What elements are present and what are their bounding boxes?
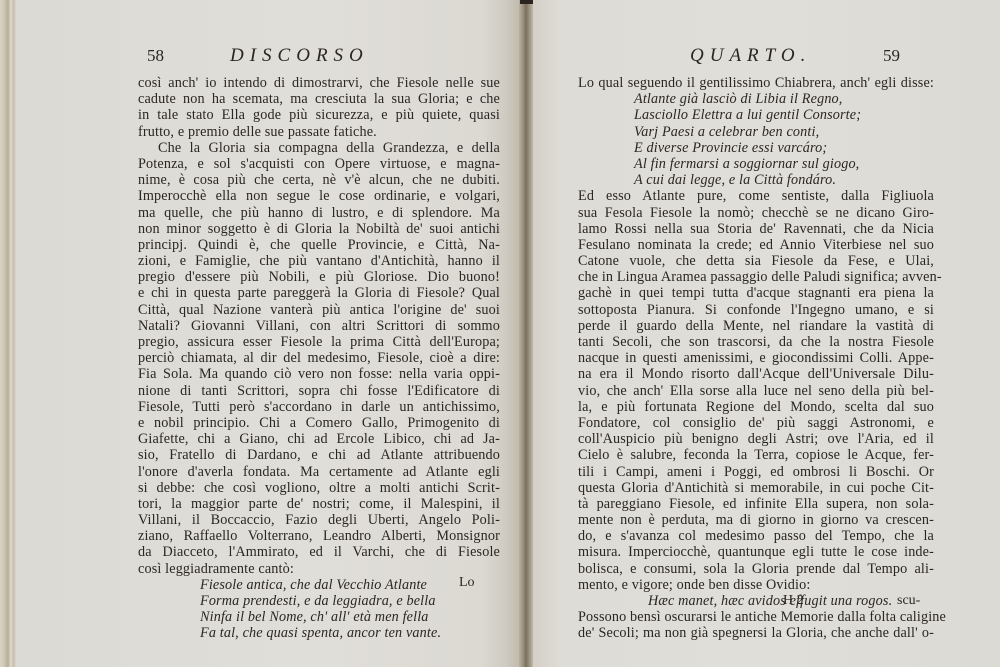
text-line: tori, la maggior parte de' nostri; come,… xyxy=(138,496,500,512)
text-line: sua Fesola Fiesole la nomò; checchè se n… xyxy=(578,205,934,221)
text-line: così leggiadramente cantò: xyxy=(138,561,500,577)
text-line: Possono bensì oscurarsi le antiche Memor… xyxy=(578,609,934,625)
text-line: ma quelle, che più hanno di lustro, e di… xyxy=(138,205,500,221)
verse-line: Lasciollo Elettra a lui gentil Consorte; xyxy=(578,107,934,123)
text-line: coll'Auspicio più benigno degli Astri; o… xyxy=(578,431,934,447)
text-line: Fesulano nominata la crede; ed Annio Vit… xyxy=(578,237,934,253)
text-line: si debbe: che così vogliono, oltre a mol… xyxy=(138,480,500,496)
text-line: Fondatore, col consiglio de' più saggi A… xyxy=(578,415,934,431)
text-line: Imperocchè ella non segue le cose ordina… xyxy=(138,188,500,204)
text-line: zioni, e Famiglie, che più vantano d'Ant… xyxy=(138,253,500,269)
text-line: nime, è cosa più che certa, nè v'è alcun… xyxy=(138,172,500,188)
text-line: tanti Secoli, che son trascorsi, da che … xyxy=(578,334,934,350)
text-line: mento, e vigore; onde ben disse Ovidio: xyxy=(578,577,934,593)
text-line: Cielo è salubre, feconda la Terra, copio… xyxy=(578,447,934,463)
text-line: de' Secoli; ma non già spegnersi la Glor… xyxy=(578,625,934,641)
left-running-head: DISCORSO xyxy=(230,45,369,67)
text-line: e nobil principio. Chi a Comero Gallo, P… xyxy=(138,415,500,431)
text-line: frutto, e premio delle sue passate fatic… xyxy=(138,124,500,140)
right-catchword: scu- xyxy=(897,593,920,609)
text-line: tili i Campi, ameni i Poggi, ed ombrosi … xyxy=(578,464,934,480)
verse-line: Fiesole antica, che dal Vecchio Atlante xyxy=(138,577,500,593)
text-line: Natali? Giovanni Villani, con altri Scri… xyxy=(138,318,500,334)
right-page-number: 59 xyxy=(883,46,900,66)
text-line: Villani, il Boccaccio, Fazio degli Ubert… xyxy=(138,512,500,528)
book-gutter xyxy=(519,0,533,667)
verse-line: Al fin fermarsi a soggiornar sul giogo, xyxy=(578,156,934,172)
text-line: misura. Imperciocchè, quantunque egli tu… xyxy=(578,544,934,560)
text-line: Catone vuole, che detta sia Fiesole da F… xyxy=(578,253,934,269)
text-line: Giafette, chi a Giano, chi ad Ercole Lib… xyxy=(138,431,500,447)
text-line: Città, qual Nazione vanterà più antica l… xyxy=(138,302,500,318)
text-line: così anch' io intendo di dimostrarvi, ch… xyxy=(138,75,500,91)
text-line: Fia Sola. Ma quando ciò vero non fosse: … xyxy=(138,366,500,382)
text-line: l'onore d'averla fondata. Ma certamente … xyxy=(138,464,500,480)
text-line: e chi in questa parte pareggerà la Glori… xyxy=(138,285,500,301)
text-line: nacque in questi amenissimi, e giocondis… xyxy=(578,350,934,366)
text-line: ziano, Raffaello Volterrano, Leandro Alb… xyxy=(138,528,500,544)
text-line: lamo Rossi nella sua Storia de' Ravennat… xyxy=(578,221,934,237)
text-line: principj. Quindi è, che quelle Provincie… xyxy=(138,237,500,253)
signature-mark: H 2 xyxy=(783,593,804,609)
text-line: nione di tanti Scrittori, sopra chi foss… xyxy=(138,383,500,399)
verse-line: Ninfa il bel Nome, ch' all' età men fell… xyxy=(138,609,500,625)
text-line: Lo qual seguendo il gentilissimo Chiabre… xyxy=(578,75,934,91)
text-line: tà pareggiano Fiesole, ed infinite Ella … xyxy=(578,496,934,512)
verse-line: Atlante già lasciò di Libia il Regno, xyxy=(578,91,934,107)
text-line: na era il Mondo risorto dall'Acque dell'… xyxy=(578,366,934,382)
book-spread: 58 DISCORSO così anch' io intendo di dim… xyxy=(0,0,1000,667)
text-line: Che la Gloria sia compagna della Grandez… xyxy=(138,140,500,156)
verse-line: Forma prendesti, e da leggiadra, e bella xyxy=(138,593,500,609)
text-line: Ed esso Atlante pure, come sentiste, dal… xyxy=(578,188,934,204)
left-page-number: 58 xyxy=(147,46,164,66)
text-line: non minor soggetto è di Gloria la Nobilt… xyxy=(138,221,500,237)
text-line: da Diacceto, l'Ammirato, ed il Varchi, c… xyxy=(138,544,500,560)
text-line: in tale stato Ella gode più sicurezza, e… xyxy=(138,107,500,123)
text-line: cadute non ha scemata, ma cresciuta la s… xyxy=(138,91,500,107)
verse-line: Fa tal, che quasi spenta, ancor ten vant… xyxy=(138,625,500,641)
verse-line: Varj Paesi a celebrar ben conti, xyxy=(578,124,934,140)
verse-line: E diverse Provincie essi varcáro; xyxy=(578,140,934,156)
text-line: sio, Fratello di Dardano, e chi ad Atlan… xyxy=(138,447,500,463)
text-line: che in Lingua Aramea passaggio delle Pal… xyxy=(578,269,934,285)
text-line: Potenza, e sol s'acquisti con Opere virt… xyxy=(138,156,500,172)
verse-line: A cui dai legge, e la Città fondáro. xyxy=(578,172,934,188)
text-line: perde il guardo della Mente, nel riandar… xyxy=(578,318,934,334)
left-catchword: Lo xyxy=(459,575,475,591)
text-line: bolisca, e consumi, sola la Gloria prend… xyxy=(578,561,934,577)
text-line: sottoposta Pianura. Si confonde l'Ingegn… xyxy=(578,302,934,318)
right-page-text: Lo qual seguendo il gentilissimo Chiabre… xyxy=(578,75,934,642)
text-line: perciò chiamata, al dir del medesimo, Fi… xyxy=(138,350,500,366)
text-line: vio, che anch' Ella sorse alla luce nel … xyxy=(578,383,934,399)
text-line: la, e più fortunata Regione del Mondo, s… xyxy=(578,399,934,415)
text-line: pregio d'essere più Nobili, e più Glorio… xyxy=(138,269,500,285)
text-line: pregio, assicura esser Fiesole la prima … xyxy=(138,334,500,350)
left-page-text: così anch' io intendo di dimostrarvi, ch… xyxy=(138,75,500,642)
right-running-head: QUARTO. xyxy=(690,45,811,67)
text-line: gachè in quei tempi tutta d'acque stagna… xyxy=(578,285,934,301)
text-line: questa Gloria d'Antichità si memorabile,… xyxy=(578,480,934,496)
latin-verse-line: Hæc manet, hæc avidos effugit una rogos. xyxy=(578,593,934,609)
page-edges xyxy=(0,0,16,667)
text-line: do, e s'avanza col medesimo passo del Te… xyxy=(578,528,934,544)
text-line: Fiesole, Tutti però s'accordano in darle… xyxy=(138,399,500,415)
text-line: mente non è perduta, ma di giorno in gio… xyxy=(578,512,934,528)
